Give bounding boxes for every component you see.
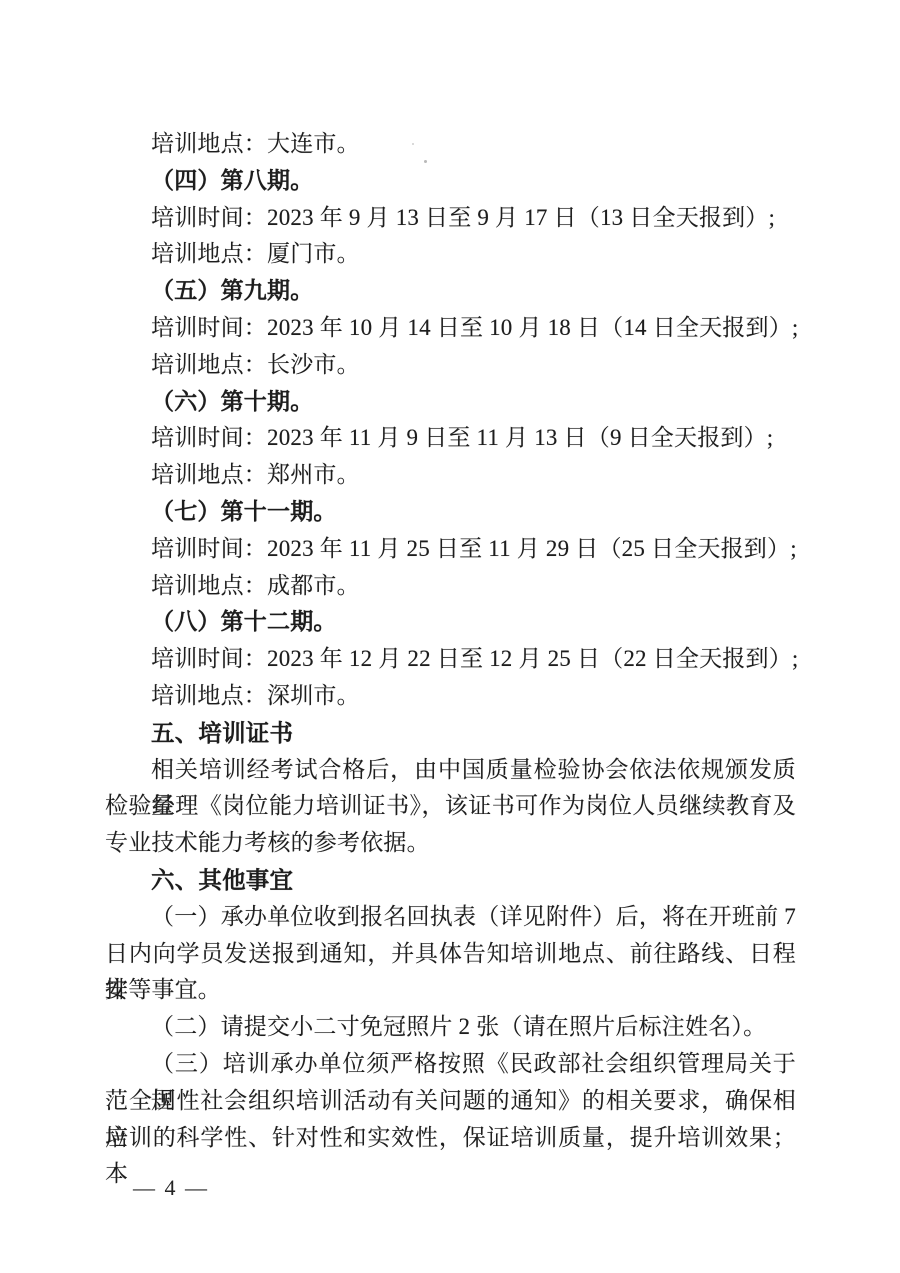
item-subheading-line: （五）第九期。 [105,273,796,310]
item-subheading-line: （六）第十期。 [105,384,796,421]
body-text-line: （三）培训承办单位须严格按照《民政部社会组织管理局关于规 [105,1046,796,1083]
body-text-line: 排等事宜。 [105,972,796,1009]
scan-speck [412,143,414,145]
section-heading-line: 五、培训证书 [105,715,796,752]
scan-speck [424,160,427,163]
body-text-line: 培训地点：大连市。 [105,126,796,163]
body-text-line: 培训地点：厦门市。 [105,236,796,273]
body-text-line: 培训时间：2023 年 9 月 13 日至 9 月 17 日（13 日全天报到）… [105,200,796,237]
body-text-line: 培训地点：成都市。 [105,568,796,605]
document-body: 培训地点：大连市。（四）第八期。培训时间：2023 年 9 月 13 日至 9 … [105,126,796,1156]
page-number: — 4 — [133,1170,209,1206]
body-text-line: 培训地点：郑州市。 [105,457,796,494]
body-text-line: （二）请提交小二寸免冠照片 2 张（请在照片后标注姓名）。 [105,1009,796,1046]
document-page: 培训地点：大连市。（四）第八期。培训时间：2023 年 9 月 13 日至 9 … [0,0,900,1273]
body-text-line: 培训时间：2023 年 11 月 25 日至 11 月 29 日（25 日全天报… [105,531,796,568]
body-text-line: 范全国性社会组织培训活动有关问题的通知》的相关要求，确保相应 [105,1083,796,1120]
body-text-line: 检验经理《岗位能力培训证书》，该证书可作为岗位人员继续教育及 [105,788,796,825]
body-text-line: 培训地点：长沙市。 [105,347,796,384]
body-text-line: 培训地点：深圳市。 [105,678,796,715]
item-subheading-line: （四）第八期。 [105,163,796,200]
body-text-line: 日内向学员发送报到通知，并具体告知培训地点、前往路线、日程安 [105,936,796,973]
body-text-line: 专业技术能力考核的参考依据。 [105,825,796,862]
body-text-line: 培训时间：2023 年 12 月 22 日至 12 月 25 日（22 日全天报… [105,641,796,678]
item-subheading-line: （七）第十一期。 [105,494,796,531]
body-text-line: 相关培训经考试合格后，由中国质量检验协会依法依规颁发质量 [105,752,796,789]
section-heading-line: 六、其他事宜 [105,862,796,899]
body-text-line: 培训的科学性、针对性和实效性，保证培训质量，提升培训效果；本 [105,1120,796,1157]
item-subheading-line: （八）第十二期。 [105,604,796,641]
body-text-line: 培训时间：2023 年 11 月 9 日至 11 月 13 日（9 日全天报到）… [105,420,796,457]
body-text-line: 培训时间：2023 年 10 月 14 日至 10 月 18 日（14 日全天报… [105,310,796,347]
body-text-line: （一）承办单位收到报名回执表（详见附件）后，将在开班前 7 [105,899,796,936]
